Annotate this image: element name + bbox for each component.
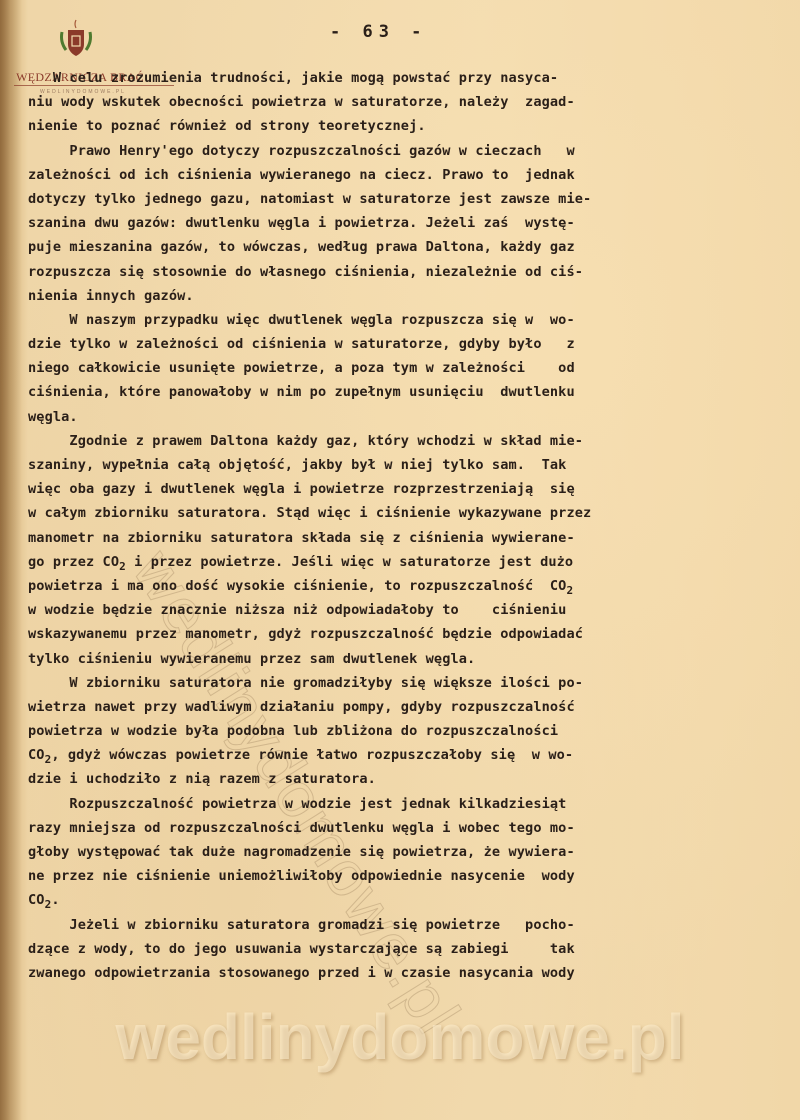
text-line: węgla. [28,405,728,429]
text-line: go przez CO2 i przez powietrze. Jeśli wi… [28,550,728,574]
text-line: nienie to poznać również od strony teore… [28,114,728,138]
text-line: CO2. [28,888,728,912]
subscript: 2 [45,753,52,766]
text-line: ne przez nie ciśnienie uniemożliwiłoby o… [28,864,728,888]
text-line: manometr na zbiorniku saturatora składa … [28,526,728,550]
page-edge-shadow [0,0,22,1120]
text-line: puje mieszanina gazów, to wówczas, wedłu… [28,235,728,259]
text-line: niu wody wskutek obecności powietrza w s… [28,90,728,114]
text-line: Zgodnie z prawem Daltona każdy gaz, któr… [28,429,728,453]
text-line: niego całkowicie usunięte powietrze, a p… [28,356,728,380]
text-line: W celu zrozumienia trudności, jakie mogą… [28,66,728,90]
subscript: 2 [119,560,126,573]
subscript: 2 [45,898,52,911]
text-line: szaniny, wypełnia całą objętość, jakby b… [28,453,728,477]
text-line: w wodzie będzie znacznie niższa niż odpo… [28,598,728,622]
text-line: ciśnienia, które panowałoby w nim po zup… [28,380,728,404]
subscript: 2 [566,584,573,597]
text-line: CO2, gdyż wówczas powietrze równie łatwo… [28,743,728,767]
text-line: Prawo Henry'ego dotyczy rozpuszczalności… [28,139,728,163]
text-line: wietrza nawet przy wadliwym działaniu po… [28,695,728,719]
text-line: wskazywanemu przez manometr, gdyż rozpus… [28,622,728,646]
text-line: więc oba gazy i dwutlenek węgla i powiet… [28,477,728,501]
text-line: w całym zbiorniku saturatora. Stąd więc … [28,501,728,525]
text-line: szanina dwu gazów: dwutlenku węgla i pow… [28,211,728,235]
site-watermark: wedlinydomowe.pl [80,1000,720,1074]
text-line: powietrza w wodzie była podobna lub zbli… [28,719,728,743]
text-line: W zbiorniku saturatora nie gromadziłyby … [28,671,728,695]
text-line: razy mniejsza od rozpuszczalności dwutle… [28,816,728,840]
text-line: Rozpuszczalność powietrza w wodzie jest … [28,792,728,816]
text-line: dotyczy tylko jednego gazu, natomiast w … [28,187,728,211]
text-line: W naszym przypadku więc dwutlenek węgla … [28,308,728,332]
text-line: dzie i uchodziło z nią razem z saturator… [28,767,728,791]
text-line: powietrza i ma ono dość wysokie ciśnieni… [28,574,728,598]
text-line: nienia innych gazów. [28,284,728,308]
page-number: - 63 - [330,22,427,42]
text-line: Jeżeli w zbiorniku saturatora gromadzi s… [28,913,728,937]
text-line: tylko ciśnieniu wywieranemu przez sam dw… [28,647,728,671]
text-line: zależności od ich ciśnienia wywieranego … [28,163,728,187]
document-body: W celu zrozumienia trudności, jakie mogą… [28,66,728,985]
crest-icon [58,18,94,60]
text-line: dzie tylko w zależności od ciśnienia w s… [28,332,728,356]
text-line: dzące z wody, to do jego usuwania wystar… [28,937,728,961]
text-line: głoby występować tak duże nagromadzenie … [28,840,728,864]
text-line: zwanego odpowietrzania stosowanego przed… [28,961,728,985]
text-line: rozpuszcza się stosownie do własnego ciś… [28,260,728,284]
